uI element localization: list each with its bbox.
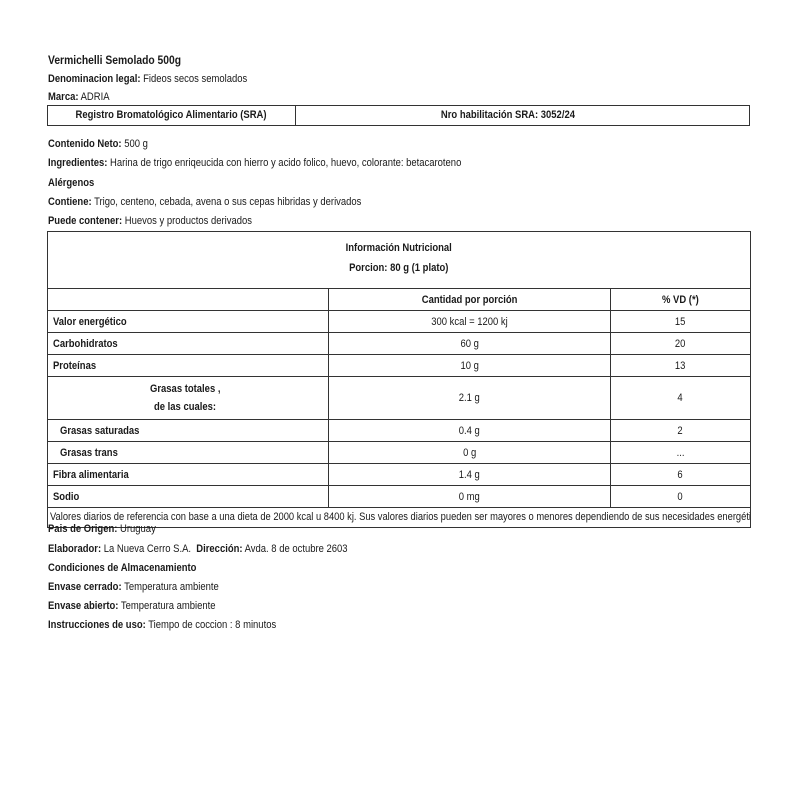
almacenamiento-heading: Condiciones de Almacenamiento <box>48 560 196 576</box>
puede-contener-line: Puede contener: Huevos y productos deriv… <box>48 213 285 229</box>
table-row: Grasas trans 0 g ... <box>48 442 750 464</box>
nutrient-qty-value: 0 g <box>463 447 476 459</box>
nutrient-qty: 300 kcal = 1200 kj <box>329 311 611 332</box>
marca-line: Marca: ADRIA <box>48 89 120 105</box>
nutrient-vd: 15 <box>611 311 750 332</box>
marca-value: ADRIA <box>81 91 110 103</box>
table-row: Fibra alimentaria 1.4 g 6 <box>48 464 750 486</box>
nutrient-label: Carbohidratos <box>53 338 118 350</box>
nutrient-vd: 6 <box>611 464 750 485</box>
nutrition-title: Información Nutricional <box>346 238 452 258</box>
instrucciones-value: Tiempo de coccion : 8 minutos <box>148 619 276 631</box>
puede-contener-value: Huevos y productos derivados <box>125 215 252 227</box>
sra-table: Registro Bromatológico Alimentario (SRA)… <box>47 105 750 126</box>
envase-cerrado-label: Envase cerrado: <box>48 581 122 593</box>
nutrient-name: Valor energético <box>48 311 329 332</box>
nutrient-qty-value: 0.4 g <box>459 425 480 437</box>
nutrient-vd: 13 <box>611 355 750 376</box>
elaborador-value: La Nueva Cerro S.A. <box>104 543 191 555</box>
nutrient-vd: 20 <box>611 333 750 354</box>
contenido-line: Contenido Neto: 500 g <box>48 136 164 152</box>
nutrient-name: Grasas totales , de las cuales: <box>48 377 329 419</box>
instrucciones-line: Instrucciones de uso: Tiempo de coccion … <box>48 617 313 633</box>
nutrient-label: Fibra alimentaria <box>53 469 129 481</box>
sra-registro-label: Registro Bromatológico Alimentario (SRA) <box>76 106 267 125</box>
nutrient-qty-value: 1.4 g <box>459 469 480 481</box>
nutrient-qty: 10 g <box>329 355 611 376</box>
nutrient-vd-value: 20 <box>675 338 686 350</box>
nutrient-vd-value: 15 <box>675 316 686 328</box>
marca-label: Marca: <box>48 91 79 103</box>
nutrient-vd-value: 0 <box>678 491 683 503</box>
nutrient-qty-value: 0 mg <box>459 491 480 503</box>
table-row: Valor energético 300 kcal = 1200 kj 15 <box>48 311 750 333</box>
nutrient-qty: 2.1 g <box>329 377 611 419</box>
ingredientes-label: Ingredientes: <box>48 157 107 169</box>
denominacion-label: Denominacion legal: <box>48 73 141 85</box>
elaborador-label: Elaborador: <box>48 543 101 555</box>
nutrient-vd: 2 <box>611 420 750 441</box>
nutrient-label: Proteínas <box>53 360 96 372</box>
nutrient-qty: 0 mg <box>329 486 611 507</box>
sra-habilitacion-cell: Nro habilitación SRA: 3052/24 <box>296 106 749 125</box>
nutrient-vd: 4 <box>611 377 750 419</box>
table-row: Grasas totales , de las cuales: 2.1 g 4 <box>48 377 750 420</box>
almacenamiento-line: Condiciones de Almacenamiento <box>48 560 221 576</box>
elaborador-line: Elaborador: La Nueva Cerro S.A. Direcció… <box>48 541 396 557</box>
col-vd-label: % VD (*) <box>662 294 699 306</box>
nutrition-header: Información Nutricional Porcion: 80 g (1… <box>48 238 750 289</box>
nutrient-vd: ... <box>611 442 750 463</box>
nutrient-qty: 1.4 g <box>329 464 611 485</box>
contiene-line: Contiene: Trigo, centeno, cebada, avena … <box>48 194 412 210</box>
pais-label: Pais de Origen: <box>48 523 117 535</box>
col-vd: % VD (*) <box>611 289 750 310</box>
nutrient-vd-value: 4 <box>678 392 683 404</box>
envase-abierto-line: Envase abierto: Temperatura ambiente <box>48 598 243 614</box>
envase-abierto-label: Envase abierto: <box>48 600 118 612</box>
nutrition-porcion: Porcion: 80 g (1 plato) <box>349 258 448 278</box>
table-row: Sodio 0 mg 0 <box>48 486 750 508</box>
envase-cerrado-line: Envase cerrado: Temperatura ambiente <box>48 579 247 595</box>
product-title: Vermichelli Semolado 500g <box>48 52 181 68</box>
col-cantidad-label: Cantidad por porción <box>422 294 518 306</box>
direccion-label: Dirección: <box>196 543 242 555</box>
contiene-label: Contiene: <box>48 196 92 208</box>
ingredientes-line: Ingredientes: Harina de trigo enriqeucid… <box>48 155 529 171</box>
contiene-value: Trigo, centeno, cebada, avena o sus cepa… <box>94 196 361 208</box>
nutrient-qty-value: 10 g <box>460 360 478 372</box>
pais-line: Pais de Origen: Uruguay <box>48 521 173 537</box>
nutrient-qty: 0.4 g <box>329 420 611 441</box>
puede-contener-label: Puede contener: <box>48 215 122 227</box>
nutrient-qty: 0 g <box>329 442 611 463</box>
nutrient-name: Carbohidratos <box>48 333 329 354</box>
nutrient-label: Grasas totales , <box>150 380 220 398</box>
nutrient-vd-value: ... <box>677 447 685 459</box>
nutrient-name: Grasas saturadas <box>48 420 329 441</box>
alergenos-line: Alérgenos <box>48 175 102 191</box>
nutrient-label: Grasas trans <box>60 447 118 459</box>
instrucciones-label: Instrucciones de uso: <box>48 619 146 631</box>
nutrient-qty: 60 g <box>329 333 611 354</box>
nutrient-vd-value: 13 <box>675 360 686 372</box>
denominacion-value: Fideos secos semolados <box>143 73 247 85</box>
nutrient-qty-value: 60 g <box>460 338 478 350</box>
nutrient-name: Grasas trans <box>48 442 329 463</box>
contenido-value: 500 g <box>124 138 148 150</box>
nutrient-vd-value: 6 <box>678 469 683 481</box>
nutrient-vd-value: 2 <box>678 425 683 437</box>
denominacion-line: Denominacion legal: Fideos secos semolad… <box>48 71 280 87</box>
contenido-label: Contenido Neto: <box>48 138 122 150</box>
table-row: Grasas saturadas 0.4 g 2 <box>48 420 750 442</box>
nutrient-label: Grasas saturadas <box>60 425 139 437</box>
envase-abierto-value: Temperatura ambiente <box>121 600 216 612</box>
col-cantidad: Cantidad por porción <box>329 289 611 310</box>
sra-registro-cell: Registro Bromatológico Alimentario (SRA) <box>48 106 296 125</box>
envase-cerrado-value: Temperatura ambiente <box>124 581 219 593</box>
nutrient-label: Sodio <box>53 491 79 503</box>
product-title-line: Vermichelli Semolado 500g <box>48 52 203 68</box>
nutrition-column-header: Cantidad por porción % VD (*) <box>48 289 750 311</box>
pais-value: Uruguay <box>120 523 156 535</box>
col-nutrient-empty <box>48 289 329 310</box>
nutrient-name: Proteínas <box>48 355 329 376</box>
nutrient-label: Valor energético <box>53 316 127 328</box>
table-row: Proteínas 10 g 13 <box>48 355 750 377</box>
direccion-value: Avda. 8 de octubre 2603 <box>245 543 348 555</box>
table-row: Carbohidratos 60 g 20 <box>48 333 750 355</box>
nutrient-name: Sodio <box>48 486 329 507</box>
sra-habilitacion-value: Nro habilitación SRA: 3052/24 <box>440 106 574 125</box>
nutrient-vd: 0 <box>611 486 750 507</box>
nutrient-qty-value: 300 kcal = 1200 kj <box>431 316 508 328</box>
alergenos-heading: Alérgenos <box>48 175 94 191</box>
nutrient-qty-value: 2.1 g <box>459 392 480 404</box>
nutrient-sublabel: de las cuales: <box>154 398 216 416</box>
ingredientes-value: Harina de trigo enriqeucida con hierro y… <box>110 157 461 169</box>
nutrient-name: Fibra alimentaria <box>48 464 329 485</box>
nutrition-table: Información Nutricional Porcion: 80 g (1… <box>47 231 751 528</box>
